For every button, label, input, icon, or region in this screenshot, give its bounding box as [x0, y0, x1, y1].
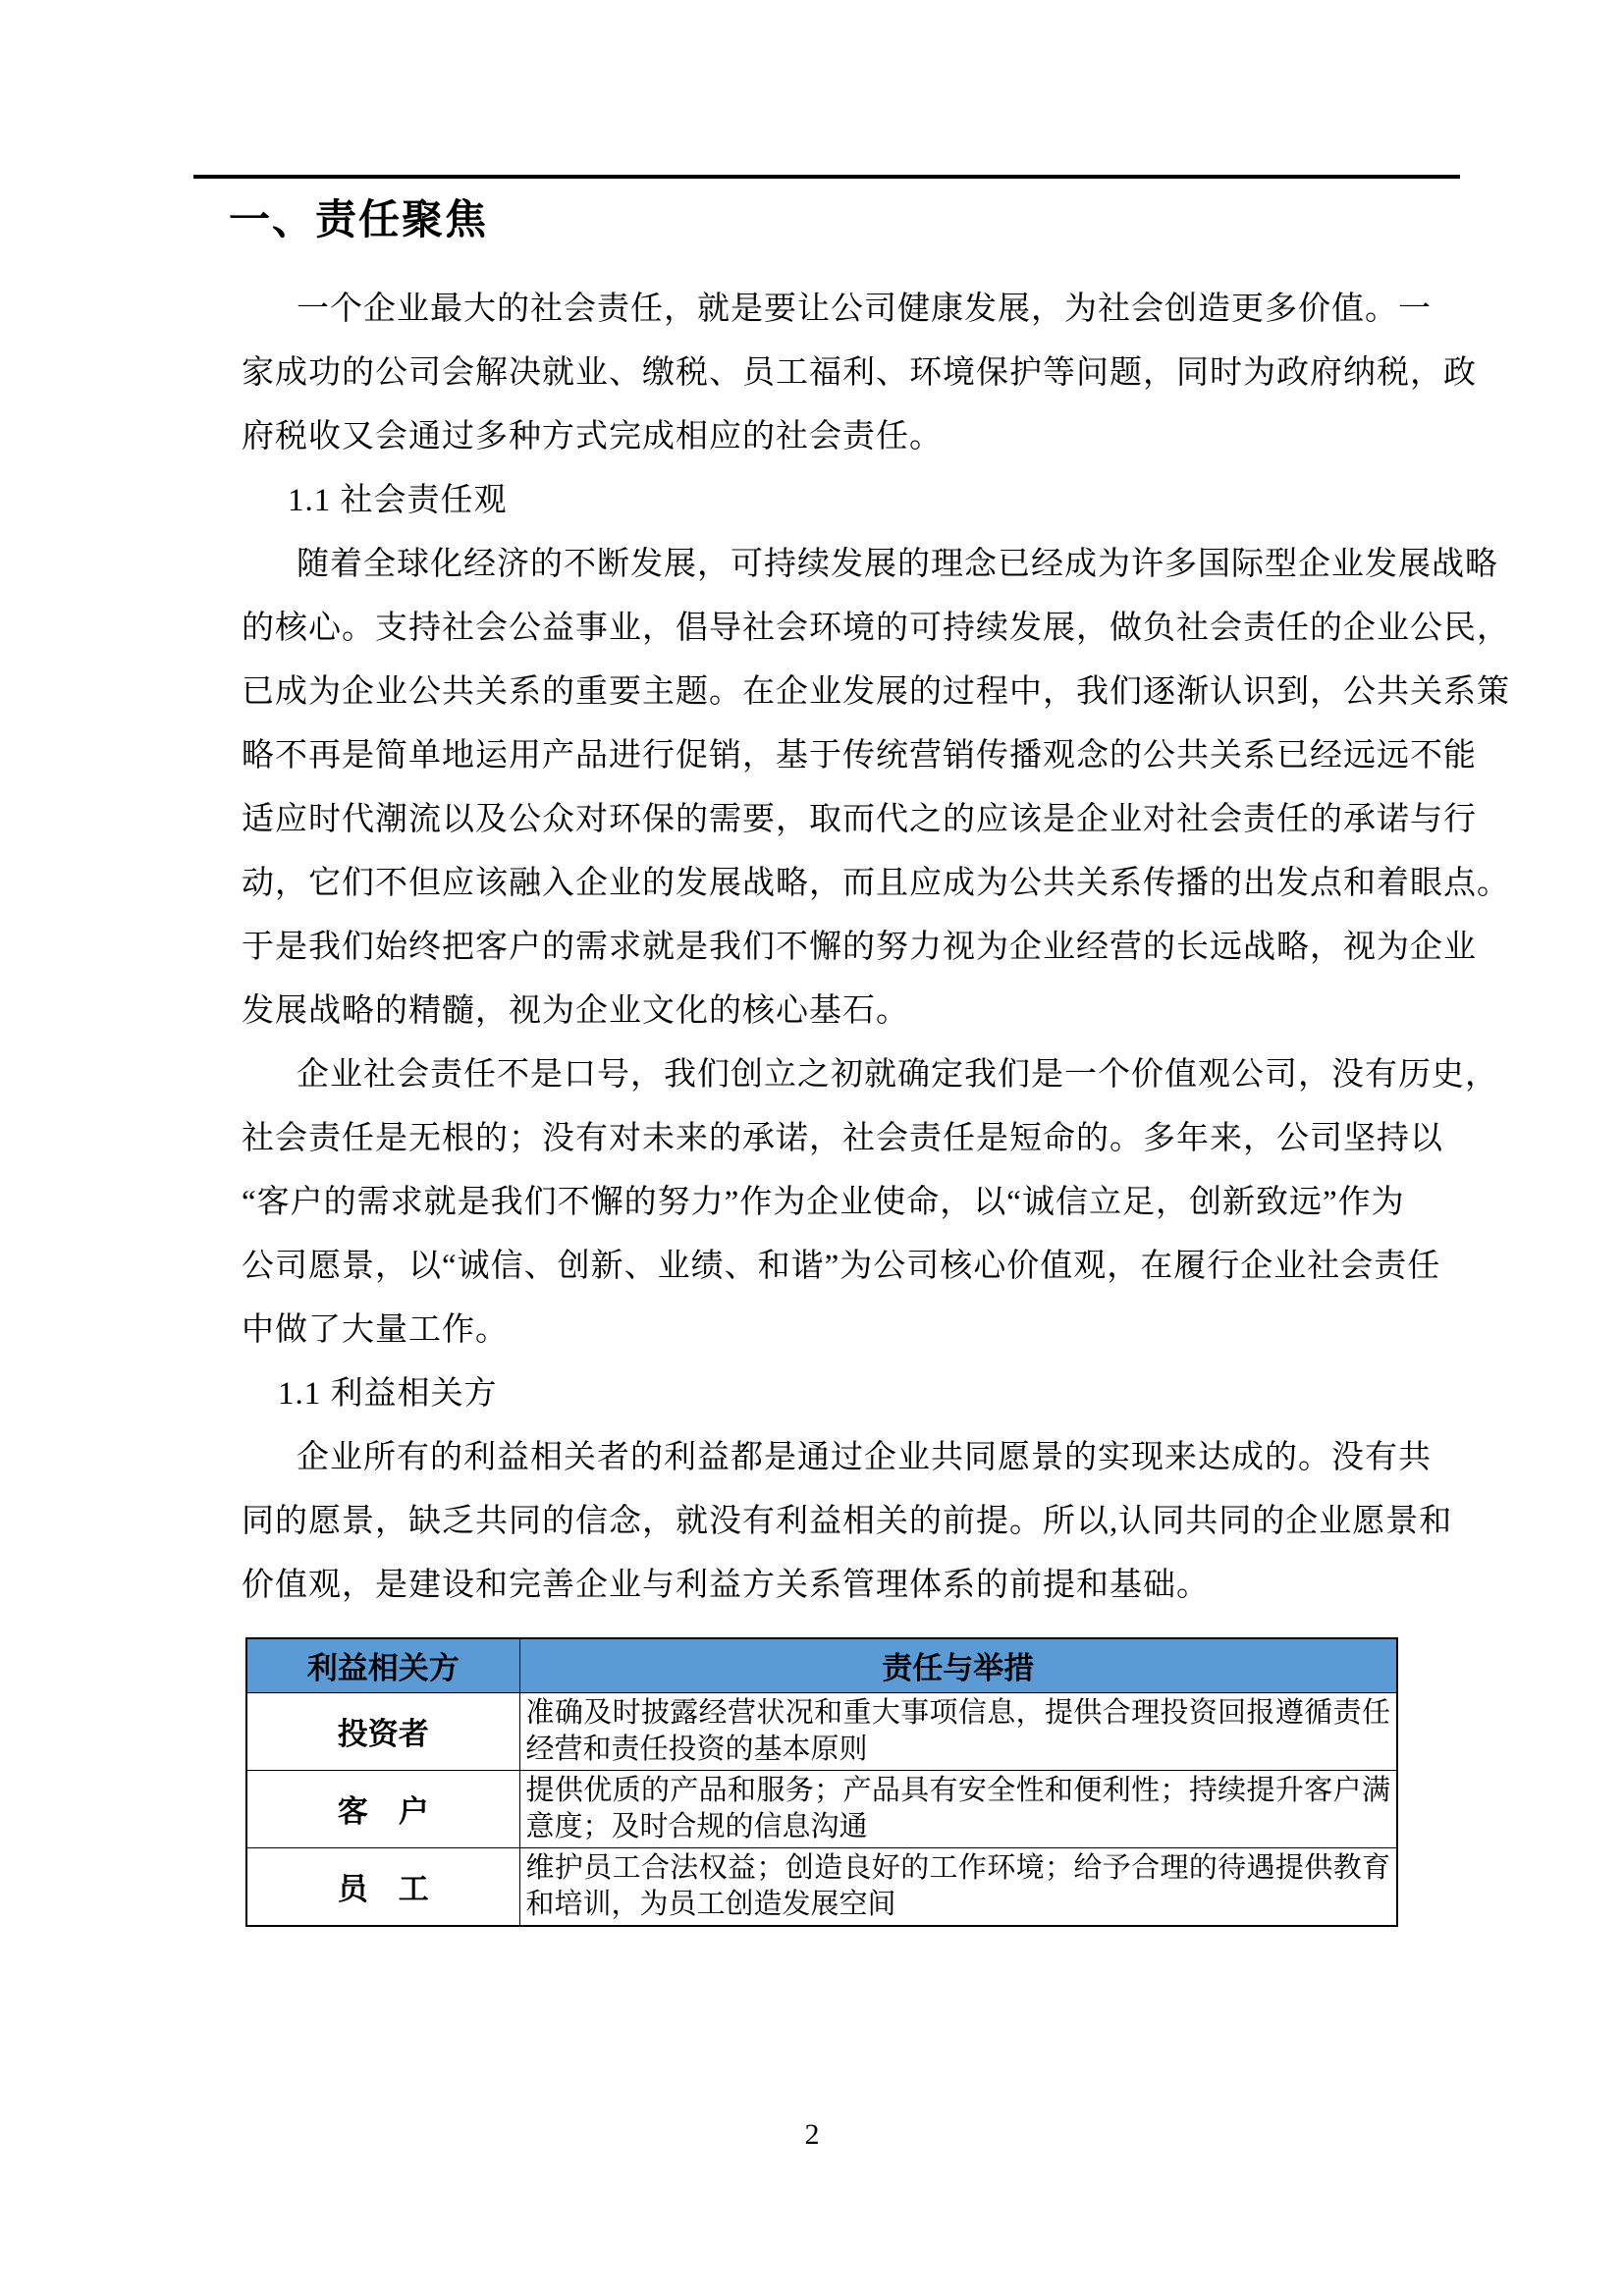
stakeholder-table: 利益相关方 责任与举措 投资者准确及时披露经营状况和重大事项信息，提供合理投资回… [245, 1637, 1398, 1927]
text-line: 中做了大量工作。 [242, 1299, 1464, 1362]
text-line: 随着全球化经济的不断发展，可持续发展的理念已经成为许多国际型企业发展战略 [242, 533, 1464, 597]
stakeholder-cell: 客 户 [246, 1770, 519, 1847]
text-line: 于是我们始终把客户的需求就是我们不懈的努力视为企业经营的长远战略，视为企业 [242, 916, 1464, 980]
text-line: 同的愿景，缺乏共同的信念，就没有利益相关的前提。所以,认同共同的企业愿景和 [242, 1490, 1464, 1554]
text-line: 企业社会责任不是口号，我们创立之初就确定我们是一个价值观公司，没有历史， [242, 1043, 1464, 1107]
subsection-heading: 1.1 利益相关方 [242, 1362, 1464, 1426]
text-line: 发展战略的精髓，视为企业文化的核心基石。 [242, 980, 1464, 1043]
table-header-row: 利益相关方 责任与举措 [246, 1638, 1397, 1692]
text-line: 家成功的公司会解决就业、缴税、员工福利、环境保护等问题，同时为政府纳税，政 [242, 342, 1464, 405]
page-number: 2 [0, 2118, 1624, 2152]
text-line: 一个企业最大的社会责任，就是要让公司健康发展，为社会创造更多价值。一 [242, 278, 1464, 342]
table-row: 投资者准确及时披露经营状况和重大事项信息，提供合理投资回报遵循责任经营和责任投资… [246, 1692, 1397, 1770]
stakeholder-table-body: 投资者准确及时披露经营状况和重大事项信息，提供合理投资回报遵循责任经营和责任投资… [246, 1692, 1397, 1926]
measures-cell: 准确及时披露经营状况和重大事项信息，提供合理投资回报遵循责任经营和责任投资的基本… [519, 1692, 1397, 1770]
table-row: 员 工维护员工合法权益；创造良好的工作环境；给予合理的待遇提供教育和培训，为员工… [246, 1847, 1397, 1926]
header-rule [193, 175, 1460, 179]
text-line: “客户的需求就是我们不懈的努力”作为企业使命，以“诚信立足，创新致远”作为 [242, 1171, 1464, 1235]
stakeholder-cell: 员 工 [246, 1847, 519, 1926]
text-line: 社会责任是无根的；没有对未来的承诺，社会责任是短命的。多年来，公司坚持以 [242, 1107, 1464, 1171]
table-header-stakeholder: 利益相关方 [246, 1638, 519, 1692]
measures-cell: 维护员工合法权益；创造良好的工作环境；给予合理的待遇提供教育和培训，为员工创造发… [519, 1847, 1397, 1926]
text-line: 已成为企业公共关系的重要主题。在企业发展的过程中，我们逐渐认识到，公共关系策 [242, 661, 1464, 724]
table-row: 客 户提供优质的产品和服务；产品具有安全性和便利性；持续提升客户满意度；及时合规… [246, 1770, 1397, 1847]
text-line: 价值观，是建设和完善企业与利益方关系管理体系的前提和基础。 [242, 1554, 1464, 1618]
text-line: 适应时代潮流以及公众对环保的需要，取而代之的应该是企业对社会责任的承诺与行 [242, 788, 1464, 852]
subsection-heading: 1.1 社会责任观 [242, 469, 1464, 533]
stakeholder-table-head: 利益相关方 责任与举措 [246, 1638, 1397, 1692]
document-body: 一个企业最大的社会责任，就是要让公司健康发展，为社会创造更多价值。一家成功的公司… [242, 278, 1464, 1618]
text-line: 的核心。支持社会公益事业，倡导社会环境的可持续发展，做负社会责任的企业公民， [242, 597, 1464, 661]
measures-cell: 提供优质的产品和服务；产品具有安全性和便利性；持续提升客户满意度；及时合规的信息… [519, 1770, 1397, 1847]
table-header-measures: 责任与举措 [519, 1638, 1397, 1692]
text-line: 公司愿景，以“诚信、创新、业绩、和谐”为公司核心价值观，在履行企业社会责任 [242, 1235, 1464, 1299]
stakeholder-cell: 投资者 [246, 1692, 519, 1770]
document-page: 一、责任聚焦 一个企业最大的社会责任，就是要让公司健康发展，为社会创造更多价值。… [0, 0, 1624, 2296]
text-line: 略不再是简单地运用产品进行促销，基于传统营销传播观念的公共关系已经远远不能 [242, 724, 1464, 788]
text-line: 府税收又会通过多种方式完成相应的社会责任。 [242, 405, 1464, 469]
text-line: 企业所有的利益相关者的利益都是通过企业共同愿景的实现来达成的。没有共 [242, 1426, 1464, 1490]
text-line: 动，它们不但应该融入企业的发展战略，而且应成为公共关系传播的出发点和着眼点。 [242, 852, 1464, 916]
section-title: 一、责任聚焦 [229, 192, 488, 247]
